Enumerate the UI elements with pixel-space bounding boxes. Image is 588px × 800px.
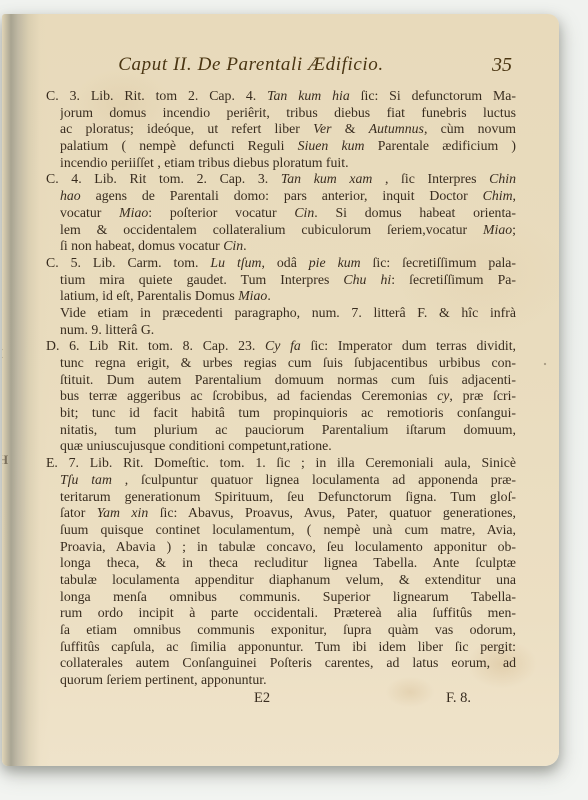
text-line: C. 5. Lib. Carm. tom. Lu tſum, odâ pie k… <box>46 255 516 272</box>
text-line: quorum ſeriem pertinent, apponuntur. <box>60 672 516 689</box>
page-number: 35 <box>492 54 512 77</box>
paragraph: C. 3. Lib. Rit. tom 2. Cap. 4. Tan kum h… <box>46 88 516 171</box>
text-line: latium, id eſt, Parentalis Domus Miao. <box>60 288 516 305</box>
running-header: Caput II. De Parentali Ædificio. 35 <box>46 54 516 78</box>
signature-mark: E2 <box>254 690 270 707</box>
text-line: nitatis, tum plurium ac pauciorum Parent… <box>60 422 516 439</box>
text-line: ſi non habeat, domus vocatur Cin. <box>60 238 516 255</box>
paragraph: D. 6. Lib Rit. tom. 8. Cap. 23. Cy fa ſi… <box>46 338 516 455</box>
binding-gutter-shadow <box>2 14 50 766</box>
paragraph: C. 5. Lib. Carm. tom. Lu tſum, odâ pie k… <box>46 255 516 338</box>
text-line: bit; tunc id facit habitâ tum propinquio… <box>60 405 516 422</box>
text-block: C. 3. Lib. Rit. tom 2. Cap. 4. Tan kum h… <box>46 88 516 689</box>
text-line: tabulæ loculamenta appenditur diaphanum … <box>60 572 516 589</box>
text-line: Tſu tam , ſculpuntur quatuor lignea locu… <box>60 472 516 489</box>
edge-bleed-mark: I <box>2 346 3 362</box>
text-line: C. 3. Lib. Rit. tom 2. Cap. 4. Tan kum h… <box>46 88 516 105</box>
text-line: quæ uniuscujusque conditioni competunt,r… <box>60 438 516 455</box>
text-line: longa theca, & in theca recluditur ligne… <box>60 555 516 572</box>
text-line: ſuffitûs capſula, ac ſimilia apponuntur.… <box>60 639 516 656</box>
text-line: collaterales autem Conſanguinei Poſteris… <box>60 655 516 672</box>
text-line: D. 6. Lib Rit. tom. 8. Cap. 23. Cy fa ſi… <box>46 338 516 355</box>
text-line: hao agens de Parentali domo: pars anteri… <box>60 188 516 205</box>
text-line: ac ploratus; ideóque, ut refert liber Ve… <box>60 121 516 138</box>
edge-bleed-mark: H <box>2 452 8 468</box>
text-line: C. 4. Lib. Rit tom. 2. Cap. 3. Tan kum x… <box>46 171 516 188</box>
text-line: Vide etiam in præcedenti paragrapho, num… <box>60 305 516 322</box>
text-line: ſator Yam xin ſic: Abavus, Proavus, Avus… <box>60 505 516 522</box>
text-line: num. 9. litterâ G. <box>60 322 516 339</box>
text-line: ſtituit. Dum autem Parentalium domuum no… <box>60 372 516 389</box>
text-line: palatium ( nempè defuncti Reguli Siuen k… <box>60 138 516 155</box>
text-line: vocatur Miao: poſterior vocatur Cin. Si … <box>60 205 516 222</box>
text-line: incendio periiſſet , etiam tribus diebus… <box>60 155 516 172</box>
page-footer: E2 F. 8. <box>46 690 516 710</box>
text-line: lem & occidentalem collateralium cubicul… <box>60 222 516 239</box>
paragraph: C. 4. Lib. Rit tom. 2. Cap. 3. Tan kum x… <box>46 171 516 254</box>
book-page: I H Caput II. De Parentali Ædificio. 35 … <box>2 14 559 766</box>
text-line: ſa etiam omnibus communis exponitur, ſup… <box>60 622 516 639</box>
text-line: bus terræ aggeribus ac ſcrobibus, ad fac… <box>60 388 516 405</box>
text-line: teritarum generationum Spirituum, ſeu De… <box>60 489 516 506</box>
text-line: E. 7. Lib. Rit. Domeſtic. tom. 1. ſic ; … <box>46 455 516 472</box>
text-line: tunc regna erigit, & urbes regias cum ſu… <box>60 355 516 372</box>
text-line: tium mira quiete gaudet. Tum Interpres C… <box>60 272 516 289</box>
text-line: longa menſa omnibus communis. Superior l… <box>60 589 516 606</box>
text-line: jorum domus incendio periêrit, tribus di… <box>60 105 516 122</box>
chapter-title: Caput II. De Parentali Ædificio. <box>46 54 456 76</box>
catchword: F. 8. <box>446 690 471 707</box>
text-line: rum ordo incipit à parte occidentali. Pr… <box>60 605 516 622</box>
paragraph: E. 7. Lib. Rit. Domeſtic. tom. 1. ſic ; … <box>46 455 516 689</box>
text-line: ſuum quisque continet loculamentum, ( ne… <box>60 522 516 539</box>
text-line: Proavia, Abavia ) ; in tabulæ concavo, ſ… <box>60 539 516 556</box>
